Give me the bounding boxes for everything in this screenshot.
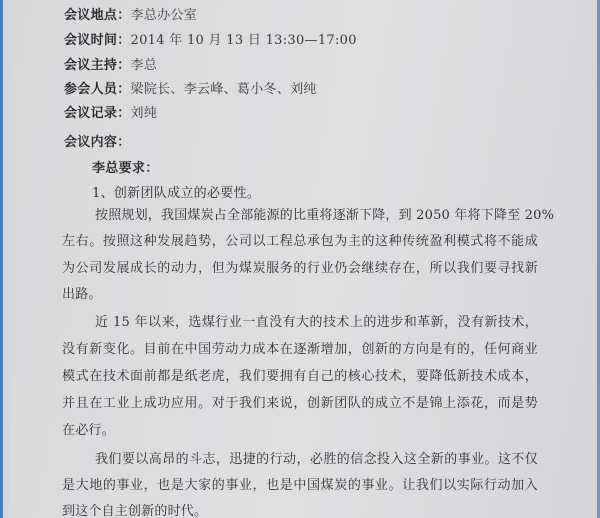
meeting-minutes-page: 会议地点：李总办公室 会议时间：2014 年 10 月 13 日 13:30—1…: [0, 0, 600, 518]
meeting-recorder-label: 会议记录：: [64, 106, 131, 121]
paragraph-1-line-1: 按照规划，我国煤炭占全部能源的比重将逐渐下降，到 2050 年将下降至 20%: [95, 208, 538, 224]
paragraph-3-line-3: 到这个自主创新的时代。: [62, 504, 538, 518]
meeting-time-value: 2014 年 10 月 13 日 13:30—17:00: [131, 33, 357, 48]
paragraph-1-line-4: 出路。: [62, 287, 538, 303]
paragraph-1-line-2: 左右。按照这种发展趋势，公司以工程总承包为主的这种传统盈利模式将不能成: [62, 234, 538, 250]
speaker-heading: 李总要求：: [92, 157, 159, 176]
paragraph-2-line-1: 近 15 年以来，选煤行业一直没有大的技术上的进步和革新，没有新技术，: [95, 315, 538, 331]
paragraph-3-line-1: 我们要以高昂的斗志，迅捷的行动，必胜的信念投入这全新的事业。这不仅: [95, 452, 538, 468]
meeting-recorder: 会议记录：刘纯: [64, 106, 157, 122]
paragraph-1-line-3: 为公司发展成长的动力，但为煤炭服务的行业仍会继续存在，所以我们要寻找新: [62, 261, 538, 277]
meeting-host-label: 会议主持：: [64, 58, 131, 73]
meeting-attendees: 参会人员：梁院长、李云峰、葛小冬、刘纯: [64, 82, 317, 98]
paragraph-2-line-3: 模式在技术面前都是纸老虎，我们要拥有自己的核心技术，要降低新技术成本，: [62, 369, 538, 385]
meeting-location: 会议地点：李总办公室: [64, 8, 197, 24]
meeting-content-label: 会议内容：: [64, 131, 131, 150]
paragraph-2-line-2: 没有新变化。目前在中国劳动力成本在逐渐增加，创新的方向是有的，任何商业: [62, 342, 538, 358]
meeting-attendees-label: 参会人员：: [64, 82, 131, 97]
meeting-attendees-value: 梁院长、李云峰、葛小冬、刘纯: [131, 82, 317, 97]
paragraph-2-line-5: 在必行。: [62, 423, 538, 439]
meeting-host: 会议主持：李总: [64, 58, 157, 74]
meeting-time: 会议时间：2014 年 10 月 13 日 13:30—17:00: [64, 33, 357, 49]
paragraph-3-line-2: 是大地的事业，也是大家的事业，也是中国煤炭的事业。让我们以实际行动加入: [62, 478, 538, 494]
meeting-host-value: 李总: [131, 58, 158, 73]
meeting-location-value: 李总办公室: [131, 8, 198, 23]
section-title: 1、创新团队成立的必要性。: [92, 182, 260, 201]
meeting-recorder-value: 刘纯: [131, 106, 158, 121]
paragraph-2-line-4: 并且在工业上成功应用。对于我们来说，创新团队的成立不是锦上添花，而是势: [62, 396, 538, 412]
meeting-time-label: 会议时间：: [64, 33, 131, 48]
meeting-location-label: 会议地点：: [64, 8, 131, 23]
